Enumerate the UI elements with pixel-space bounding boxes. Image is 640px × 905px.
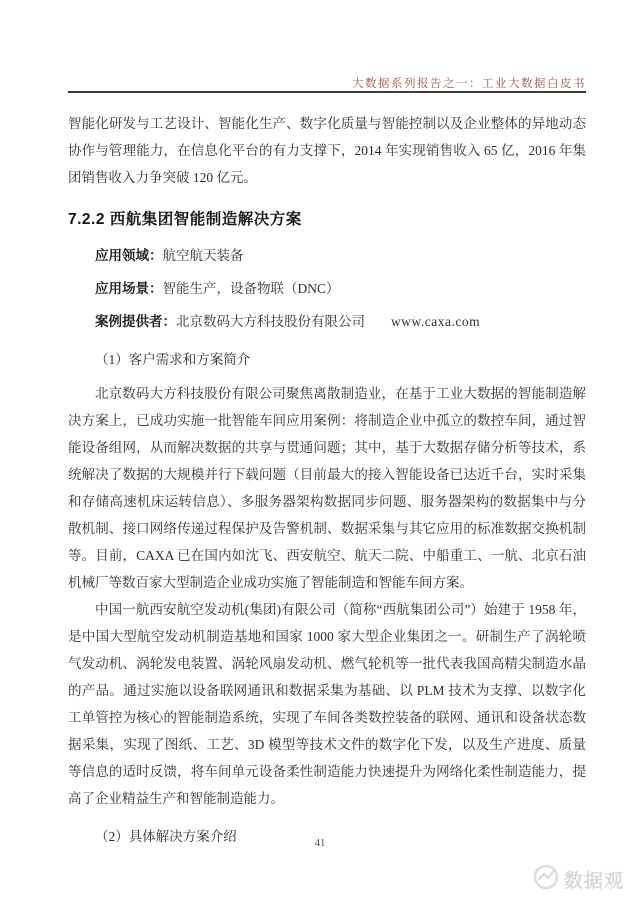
list-item-1: （1）客户需求和方案简介 xyxy=(68,346,586,373)
field-value: 北京数码大方科技股份有限公司 xyxy=(176,314,365,329)
section-heading: 7.2.2 西航集团智能制造解决方案 xyxy=(68,206,586,233)
paragraph-a: 北京数码大方科技股份有限公司聚焦离散制造业，在基于工业大数据的智能制造解决方案上… xyxy=(68,380,586,596)
field-value: 航空航天装备 xyxy=(163,248,244,263)
field-case-provider: 案例提供者：北京数码大方科技股份有限公司www.caxa.com xyxy=(68,308,586,335)
paragraph-continued: 智能化研发与工艺设计、智能化生产、数字化质量与智能控制以及企业整体的异地动态协作… xyxy=(68,110,586,191)
field-application-domain: 应用领域：航空航天装备 xyxy=(68,242,586,269)
field-application-scenario: 应用场景：智能生产，设备物联（DNC） xyxy=(68,275,586,302)
running-header-title: 大数据系列报告之一：工业大数据白皮书 xyxy=(352,75,586,91)
page-content: 智能化研发与工艺设计、智能化生产、数字化质量与智能控制以及企业整体的异地动态协作… xyxy=(68,110,586,857)
field-label: 应用领域： xyxy=(95,248,163,263)
field-label: 应用场景： xyxy=(95,281,163,296)
document-page: 大数据系列报告之一：工业大数据白皮书 智能化研发与工艺设计、智能化生产、数字化质… xyxy=(0,0,640,905)
page-number: 41 xyxy=(0,838,640,849)
paragraph-b: 中国一航西安航空发动机(集团)有限公司（简称“西航集团公司”）始建于 1958 … xyxy=(68,596,586,812)
data-observer-logo-icon xyxy=(533,864,559,895)
field-label: 案例提供者： xyxy=(95,314,176,329)
provider-url: www.caxa.com xyxy=(391,314,480,329)
field-value: 智能生产，设备物联（DNC） xyxy=(163,281,340,296)
watermark-label: 数据观 xyxy=(564,866,624,893)
header-rule xyxy=(68,91,586,93)
watermark: 数据观 xyxy=(533,864,624,895)
